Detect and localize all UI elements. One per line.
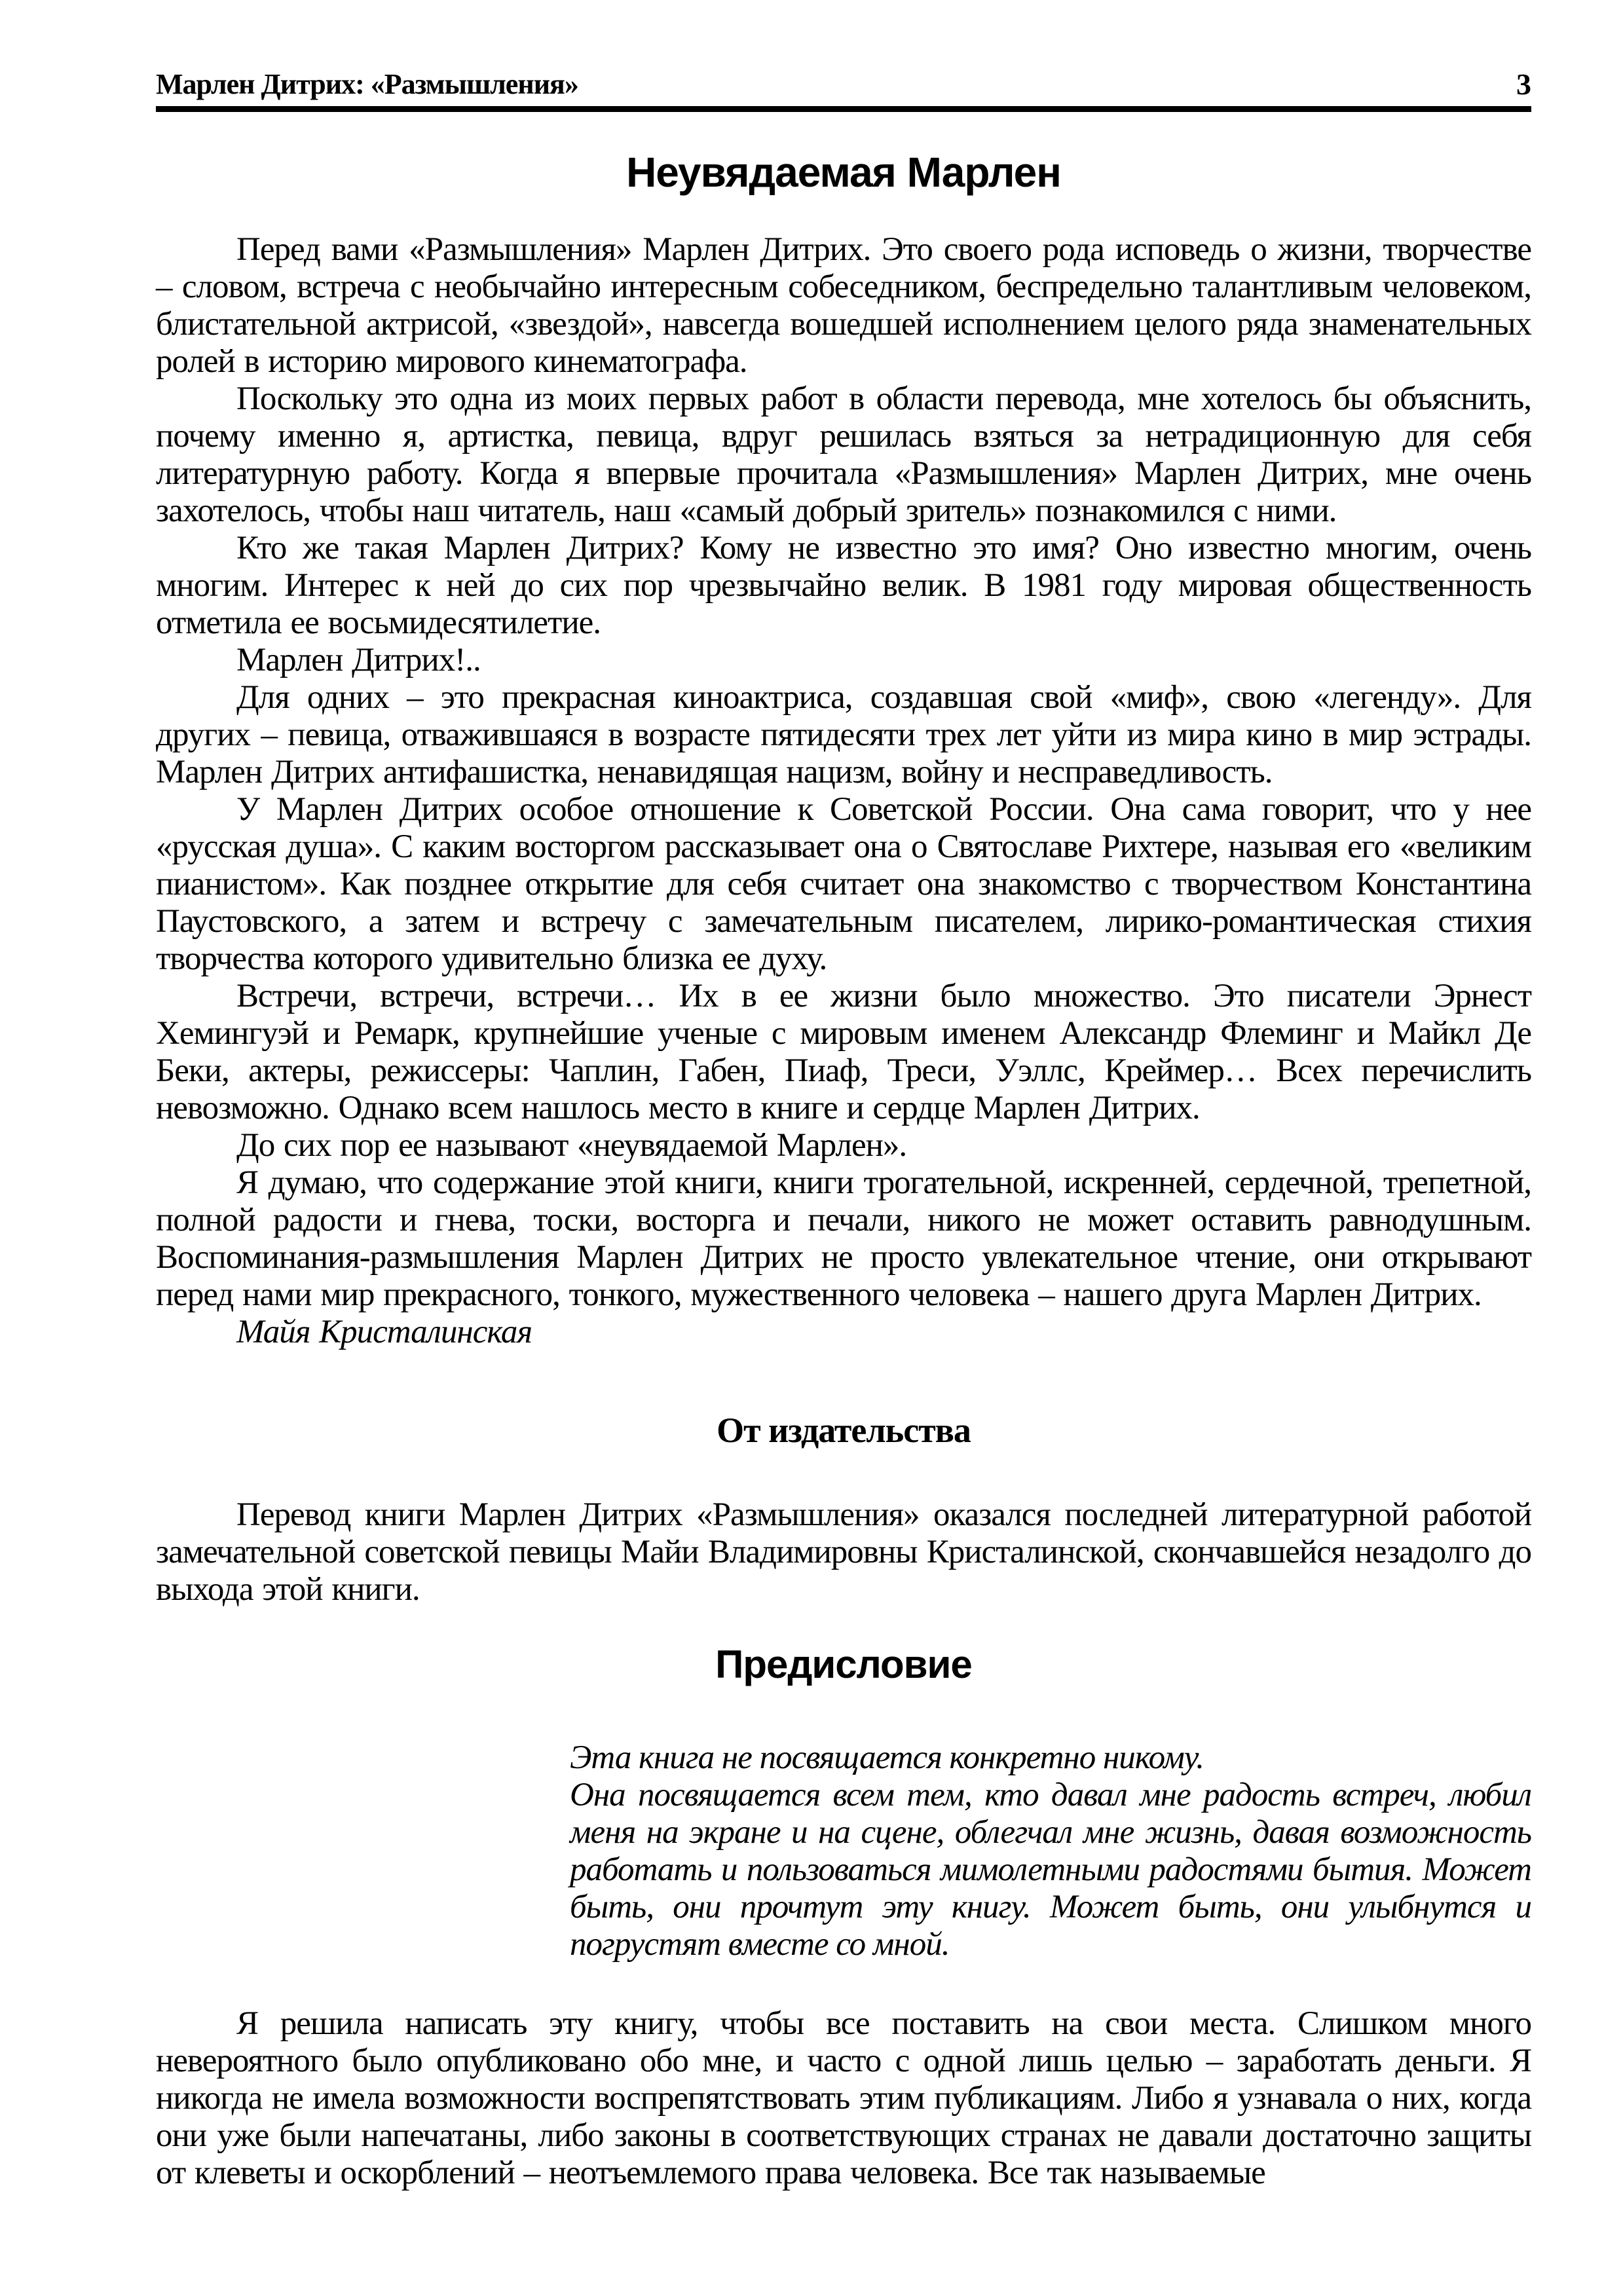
body-paragraph: Кто же такая Марлен Дитрих? Кому не изве…	[156, 530, 1531, 642]
body-paragraph: Поскольку это одна из моих первых работ …	[156, 380, 1531, 530]
body-paragraph: До сих пор ее называют «неувядаемой Марл…	[156, 1127, 1531, 1164]
translator-signature: Майя Кристалинская	[156, 1314, 1531, 1351]
body-paragraph: Я думаю, что содержание этой книги, книг…	[156, 1164, 1531, 1314]
publisher-section-heading: От издательства	[156, 1413, 1531, 1448]
dedication-paragraph: Эта книга не посвящается конкретно ником…	[570, 1739, 1531, 1777]
body-paragraph: У Марлен Дитрих особое отношение к Совет…	[156, 791, 1531, 978]
body-paragraph: Я решила написать эту книгу, чтобы все п…	[156, 2005, 1531, 2192]
book-page: Марлен Дитрих: «Размышления» 3 Неувядаем…	[0, 0, 1623, 2296]
preface-section-heading: Предисловие	[156, 1645, 1531, 1684]
chapter-title: Неувядаемая Марлен	[156, 151, 1531, 193]
body-paragraph: Для одних – это прекрасная киноактриса, …	[156, 679, 1531, 791]
dedication-paragraph: Она посвящается всем тем, кто давал мне …	[570, 1777, 1531, 1963]
body-paragraph: Встречи, встречи, встречи… Их в ее жизни…	[156, 978, 1531, 1127]
running-header-title: Марлен Дитрих: «Размышления»	[156, 69, 578, 100]
dedication-block: Эта книга не посвящается конкретно ником…	[570, 1739, 1531, 1963]
publisher-section-body: Перевод книги Марлен Дитрих «Размышления…	[156, 1496, 1531, 1608]
body-paragraph: Перед вами «Размышления» Марлен Дитрих. …	[156, 231, 1531, 380]
body-paragraph: Перевод книги Марлен Дитрих «Размышления…	[156, 1496, 1531, 1608]
preface-body: Я решила написать эту книгу, чтобы все п…	[156, 2005, 1531, 2192]
body-paragraph: Марлен Дитрих!..	[156, 642, 1531, 679]
chapter-body: Перед вами «Размышления» Марлен Дитрих. …	[156, 231, 1531, 1351]
page-number: 3	[1516, 69, 1531, 100]
running-header: Марлен Дитрих: «Размышления» 3	[156, 69, 1531, 112]
